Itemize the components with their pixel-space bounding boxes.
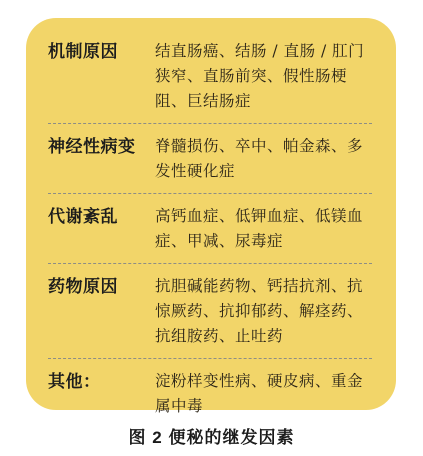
figure-caption: 图 2 便秘的继发因素 (0, 423, 423, 448)
table-row-neurological: 神经性病变 脊髓损伤、卒中、帕金森、多发性硬化症 (48, 134, 372, 184)
row-category: 药物原因 (48, 274, 155, 299)
row-items: 脊髓损伤、卒中、帕金森、多发性硬化症 (155, 134, 372, 184)
row-divider (48, 358, 372, 359)
row-category: 其他： (48, 369, 155, 394)
row-category: 机制原因 (48, 39, 155, 64)
row-divider (48, 263, 372, 264)
table-row-drugs: 药物原因 抗胆碱能药物、钙拮抗剂、抗惊厥药、抗抑郁药、解痉药、抗组胺药、止吐药 (48, 274, 372, 349)
row-category: 代谢紊乱 (48, 204, 155, 229)
row-divider (48, 123, 372, 124)
table-row-metabolic: 代谢紊乱 高钙血症、低钾血症、低镁血症、甲减、尿毒症 (48, 204, 372, 254)
row-category: 神经性病变 (48, 134, 155, 159)
row-items: 高钙血症、低钾血症、低镁血症、甲减、尿毒症 (155, 204, 372, 254)
row-items: 淀粉样变性病、硬皮病、重金属中毒 (155, 369, 372, 419)
row-divider (48, 193, 372, 194)
row-items: 结直肠癌、结肠 / 直肠 / 肛门狭窄、直肠前突、假性肠梗阻、巨结肠症 (155, 39, 372, 114)
figure-secondary-factors: 机制原因 结直肠癌、结肠 / 直肠 / 肛门狭窄、直肠前突、假性肠梗阻、巨结肠症… (0, 0, 423, 456)
row-items: 抗胆碱能药物、钙拮抗剂、抗惊厥药、抗抑郁药、解痉药、抗组胺药、止吐药 (155, 274, 372, 349)
table-row-other: 其他： 淀粉样变性病、硬皮病、重金属中毒 (48, 369, 372, 419)
table-row-mechanism: 机制原因 结直肠癌、结肠 / 直肠 / 肛门狭窄、直肠前突、假性肠梗阻、巨结肠症 (48, 39, 372, 114)
secondary-factors-table: 机制原因 结直肠癌、结肠 / 直肠 / 肛门狭窄、直肠前突、假性肠梗阻、巨结肠症… (26, 18, 396, 410)
